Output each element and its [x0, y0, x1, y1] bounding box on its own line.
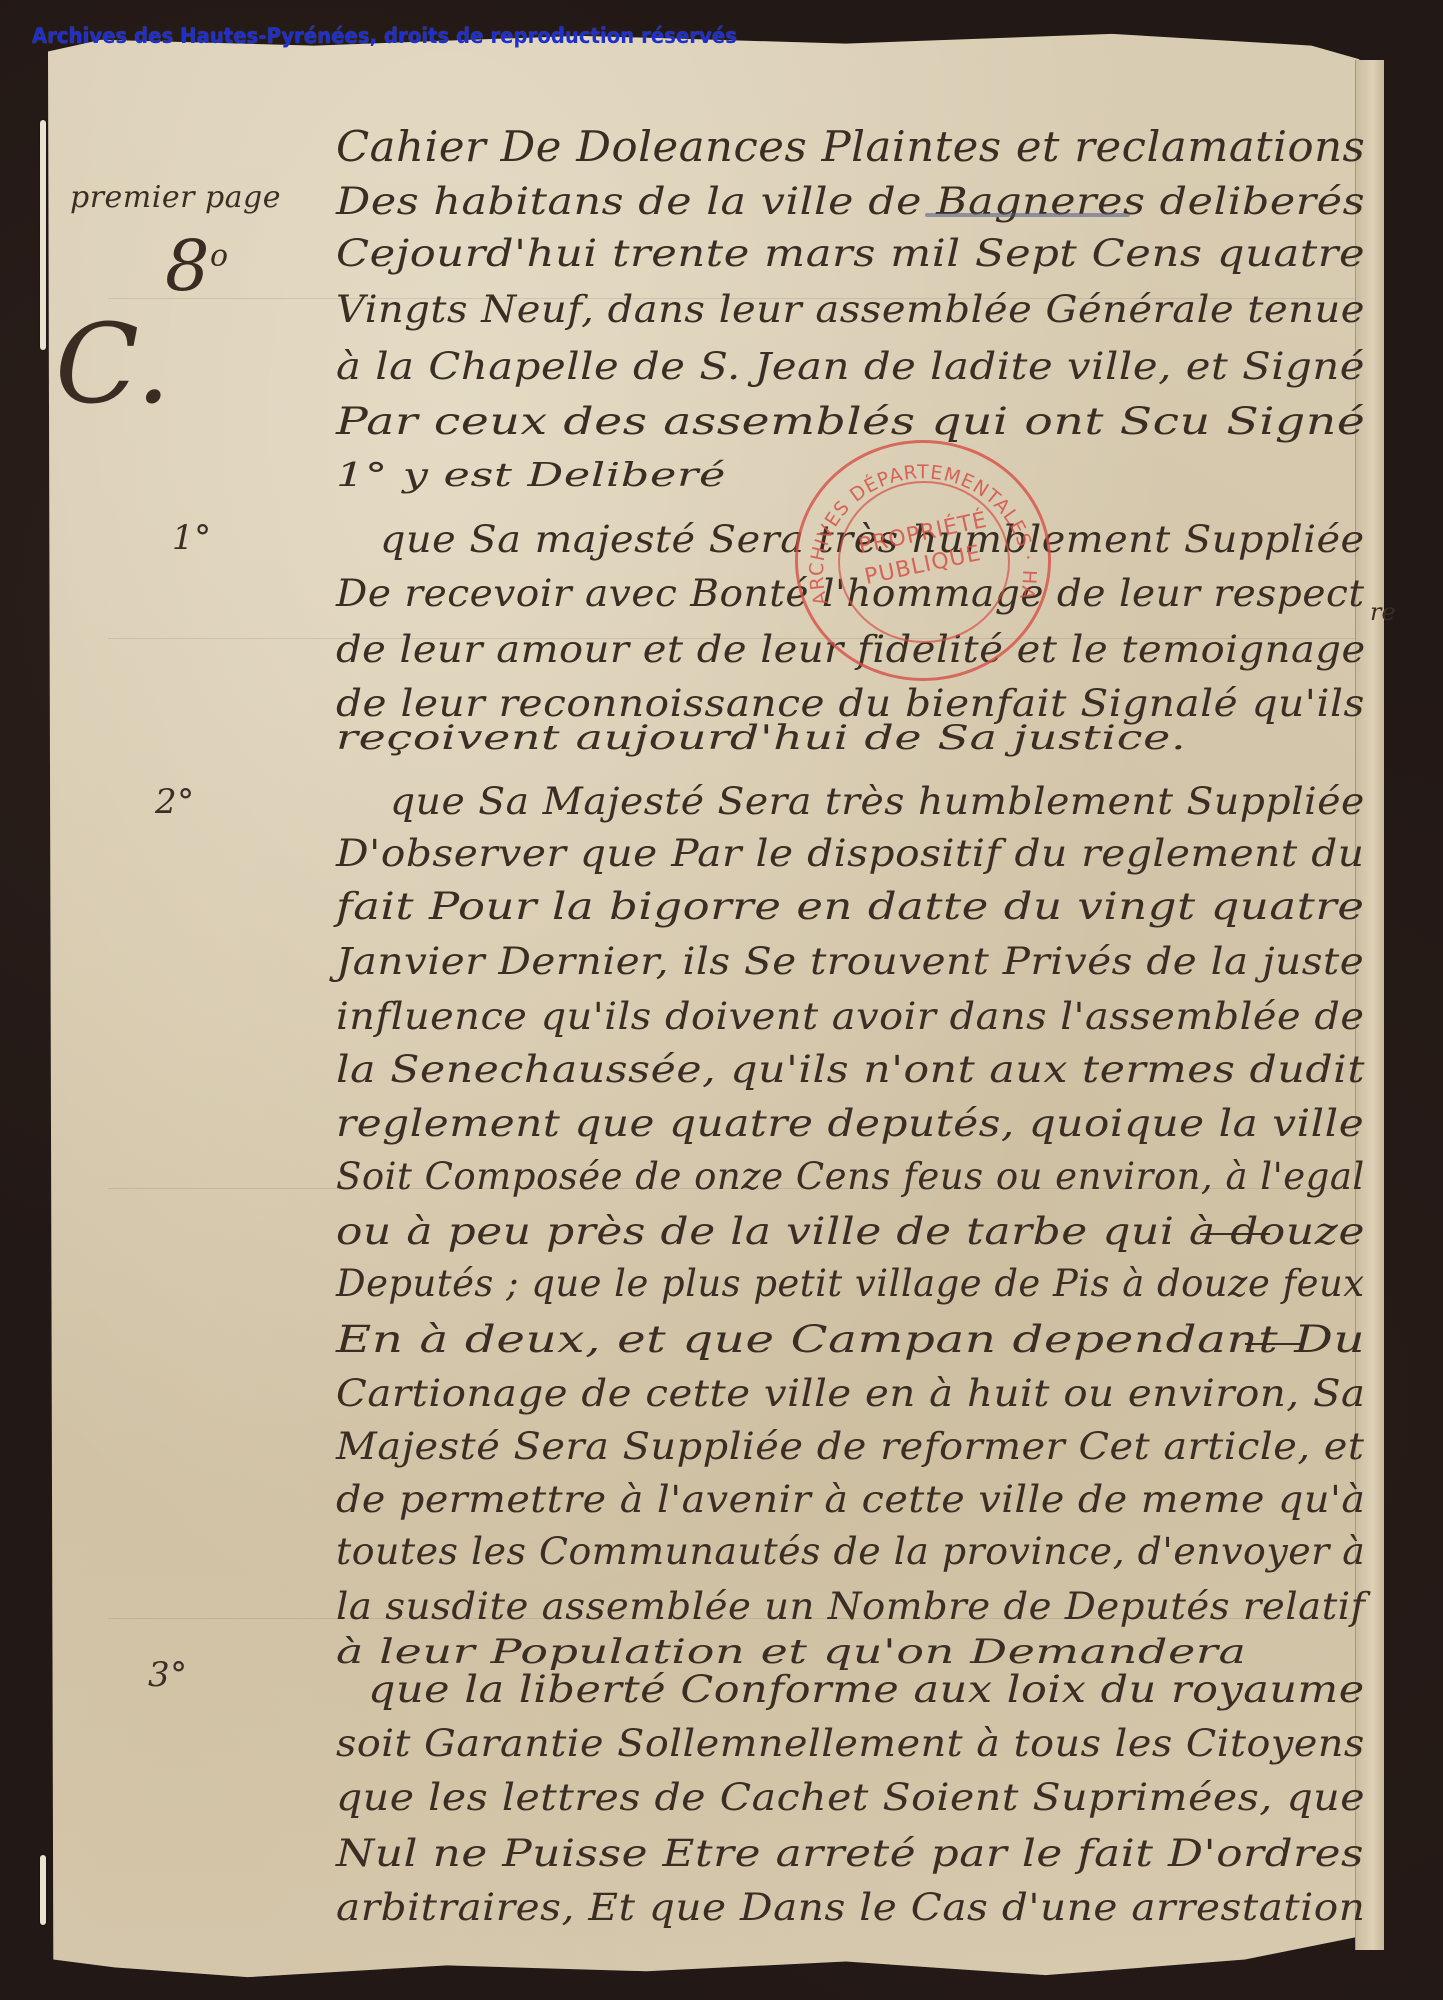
- blue-pencil-underline: [925, 213, 1130, 217]
- article-number: 3°: [148, 1655, 188, 1695]
- article-line: arbitraires, Et que Dans le Cas d'une ar…: [336, 1886, 1365, 1929]
- preamble-line: Vingts Neuf, dans leur assemblée Général…: [336, 288, 1365, 331]
- edge-fragment-text: re: [1370, 598, 1396, 626]
- preamble-line: Cejourd'hui trente mars mil Sept Cens qu…: [336, 232, 1365, 275]
- article-line: soit Garantie Sollemnellement à tous les…: [336, 1722, 1365, 1765]
- article-line: Nul ne Puisse Etre arreté par le fait D'…: [336, 1832, 1364, 1875]
- article-line: que Sa Majesté Sera très humblement Supp…: [390, 780, 1365, 823]
- article-line: Deputés ; que le plus petit village de P…: [336, 1262, 1365, 1305]
- article-line: influence qu'ils doivent avoir dans l'as…: [336, 995, 1364, 1038]
- article-line: à leur Population et qu'on Demandera: [336, 1632, 1247, 1672]
- article-line: fait Pour la bigorre en datte du vingt q…: [336, 885, 1365, 928]
- preamble-line: 1° y est Deliberé: [336, 455, 726, 494]
- article-line: que la liberté Conforme aux loix du roya…: [368, 1668, 1365, 1711]
- article-line: la susdite assemblée un Nombre de Deputé…: [336, 1585, 1365, 1628]
- article-line: D'observer que Par le dispositif du regl…: [336, 832, 1365, 875]
- article-line: toutes les Communautés de la province, d…: [336, 1530, 1365, 1573]
- binding-thread: [40, 1855, 46, 1925]
- archive-watermark: Archives des Hautes-Pyrénées, droits de …: [32, 24, 737, 48]
- article-line: reglement que quatre deputés, quoique la…: [336, 1102, 1364, 1145]
- article-line: Cartionage de cette ville en à huit ou e…: [336, 1372, 1366, 1415]
- margin-note-premier-page: premier page: [70, 180, 281, 215]
- article-line: Soit Composée de onze Cens feus ou envir…: [336, 1155, 1365, 1198]
- article-number: 2°: [155, 782, 195, 822]
- article-line: ou à peu près de la ville de tarbe qui à…: [336, 1210, 1365, 1253]
- archive-stamp: ARCHIVES DÉPARTEMENTALES · HAUTES-PYRÉNÉ…: [795, 440, 1051, 681]
- catalog-mark-letter: C.: [55, 300, 171, 428]
- preamble-line: Par ceux des assemblés qui ont Scu Signé: [336, 400, 1365, 443]
- article-line: de permettre à l'avenir à cette ville de…: [336, 1478, 1366, 1521]
- article-number: 1°: [172, 518, 212, 558]
- catalog-mark-number: 8o: [165, 225, 229, 307]
- article-line: Majesté Sera Suppliée de reformer Cet ar…: [336, 1425, 1364, 1468]
- article-line: En à deux, et que Campan dependant Du: [336, 1318, 1365, 1361]
- article-line: reçoivent aujourd'hui de Sa justice.: [336, 718, 1186, 758]
- article-line: la Senechaussée, qu'ils n'ont aux termes…: [336, 1048, 1365, 1091]
- article-line: que les lettres de Cachet Soient Suprimé…: [336, 1776, 1365, 1819]
- preamble-line: Cahier De Doleances Plaintes et reclamat…: [336, 122, 1365, 171]
- preamble-line: à la Chapelle de S. Jean de ladite ville…: [336, 345, 1365, 388]
- preamble-line: Des habitans de la ville de Bagneres del…: [336, 180, 1365, 223]
- article-line: Janvier Dernier, ils Se trouvent Privés …: [336, 940, 1364, 983]
- binding-thread: [40, 120, 46, 350]
